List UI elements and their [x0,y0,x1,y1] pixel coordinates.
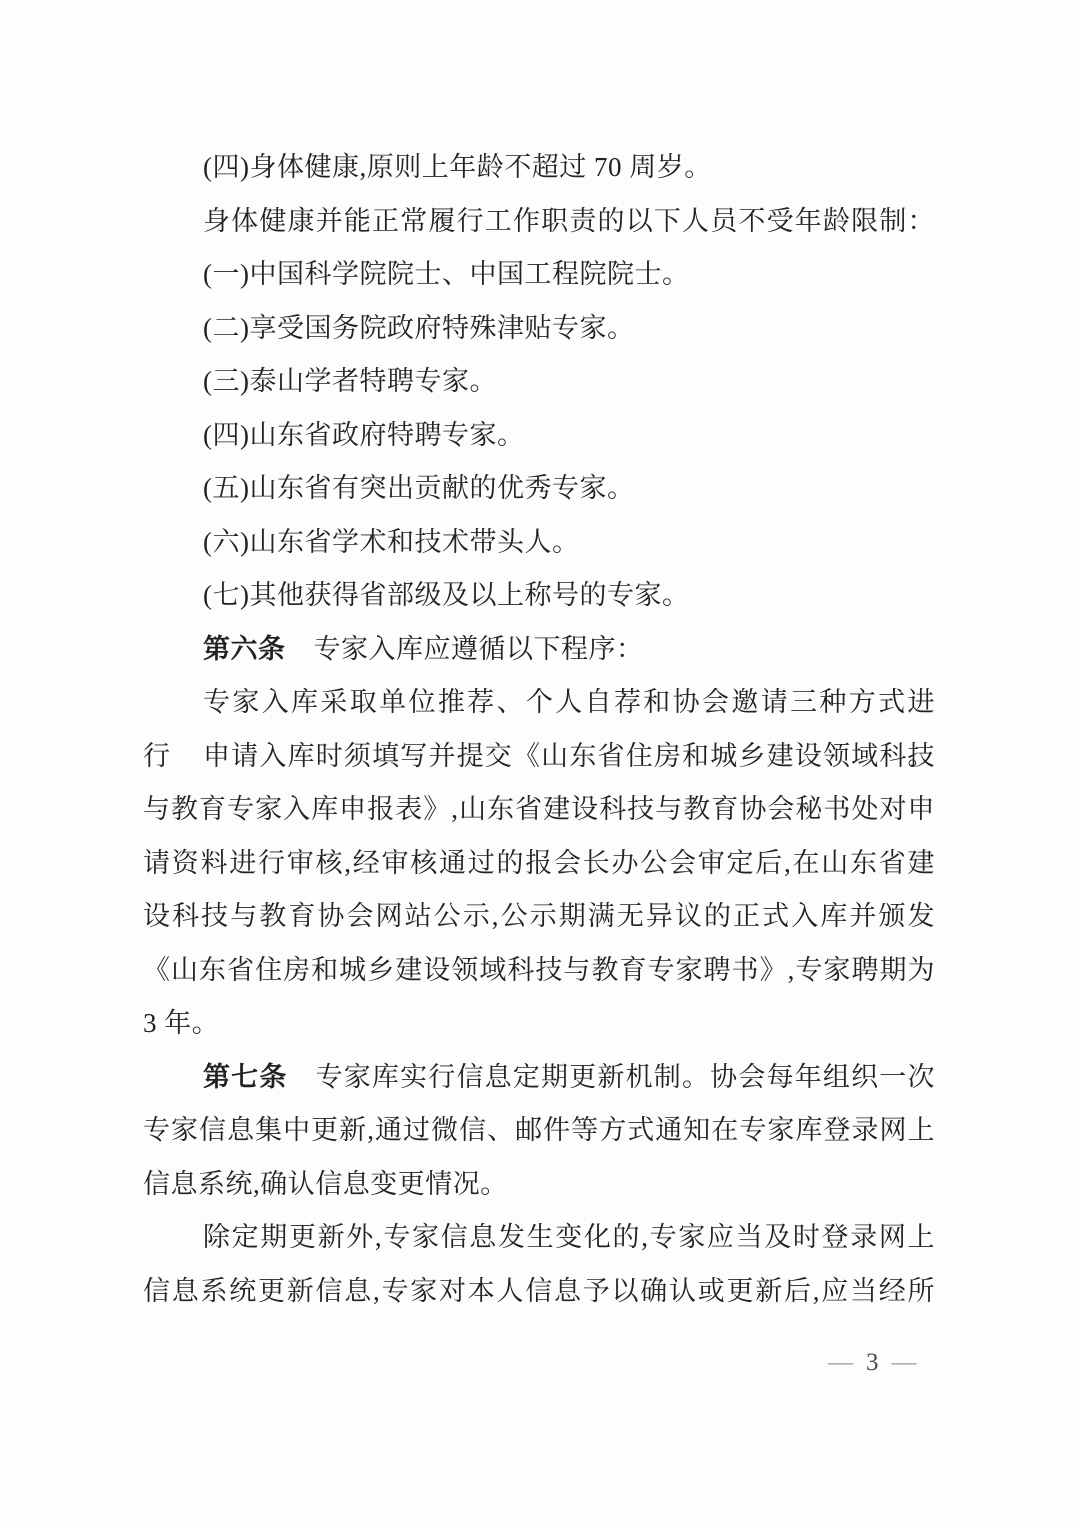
footer-dash-left: — [828,1341,853,1385]
line-text: (三)泰山学者特聘专家。 [203,366,497,396]
document-line-article-7: 第七条专家库实行信息定期更新机制。协会每年组织一次 [143,1051,935,1105]
line-text: (一)中国科学院院士、中国工程院院士。 [203,259,689,289]
line-text: 信息系统更新信息,专家对本人信息予以确认或更新后,应当经所 [143,1276,935,1306]
line-text: 申请入库时须填写并提交《山东省住房和城乡建设领域科技 [203,741,935,771]
line-text: (四)山东省政府特聘专家。 [203,420,524,450]
document-line: (二)享受国务院政府特殊津贴专家。 [143,302,935,356]
document-line: (七)其他获得省部级及以上称号的专家。 [143,569,935,623]
line-text: 《山东省住房和城乡建设领域科技与教育专家聘书》,专家聘期为 [143,955,935,985]
line-text: 除定期更新外,专家信息发生变化的,专家应当及时登录网上 [203,1222,935,1252]
line-text: (七)其他获得省部级及以上称号的专家。 [203,580,689,610]
line-text: 专家信息集中更新,通过微信、邮件等方式通知在专家库登录网上 [143,1115,935,1145]
document-line: 身体健康并能正常履行工作职责的以下人员不受年龄限制： [143,195,935,249]
line-text: 请资料进行审核,经审核通过的报会长办公会审定后,在山东省建 [143,848,935,878]
line-text: 与教育专家入库申报表》,山东省建设科技与教育协会秘书处对申 [143,794,935,824]
page-number: 3 [866,1341,879,1385]
line-text: 信息系统,确认信息变更情况。 [143,1169,508,1199]
line-text: (六)山东省学术和技术带头人。 [203,527,579,557]
document-line: 专家入库采取单位推荐、个人自荐和协会邀请三种方式进行。 [143,676,935,730]
line-text: 身体健康并能正常履行工作职责的以下人员不受年龄限制： [203,206,935,236]
line-text: (二)享受国务院政府特殊津贴专家。 [203,313,634,343]
article-number-label: 第六条 [203,634,286,664]
line-text: 专家入库应遵循以下程序： [314,634,644,664]
page-footer: — 3 — [828,1341,917,1385]
document-line: 《山东省住房和城乡建设领域科技与教育专家聘书》,专家聘期为 [143,944,935,998]
document-line: (五)山东省有突出贡献的优秀专家。 [143,462,935,516]
document-line: (六)山东省学术和技术带头人。 [143,516,935,570]
document-line: (四)身体健康,原则上年龄不超过 70 周岁。 [143,141,935,195]
document-line: 信息系统,确认信息变更情况。 [143,1158,935,1212]
footer-dash-right: — [892,1341,917,1385]
document-line: 除定期更新外,专家信息发生变化的,专家应当及时登录网上 [143,1211,935,1265]
scanned-document-page: (四)身体健康,原则上年龄不超过 70 周岁。 身体健康并能正常履行工作职责的以… [0,0,1080,1526]
line-text: (五)山东省有突出贡献的优秀专家。 [203,473,634,503]
document-line: (三)泰山学者特聘专家。 [143,355,935,409]
document-body: (四)身体健康,原则上年龄不超过 70 周岁。 身体健康并能正常履行工作职责的以… [143,141,935,1318]
document-line: 申请入库时须填写并提交《山东省住房和城乡建设领域科技 [143,730,935,784]
line-text: 设科技与教育协会网站公示,公示期满无异议的正式入库并颁发 [143,901,935,931]
document-line: 设科技与教育协会网站公示,公示期满无异议的正式入库并颁发 [143,890,935,944]
document-line: 信息系统更新信息,专家对本人信息予以确认或更新后,应当经所 [143,1265,935,1319]
document-line: (四)山东省政府特聘专家。 [143,409,935,463]
document-line: 3 年。 [143,997,935,1051]
document-line: 请资料进行审核,经审核通过的报会长办公会审定后,在山东省建 [143,837,935,891]
line-text: 专家库实行信息定期更新机制。协会每年组织一次 [316,1062,935,1092]
line-text: (四)身体健康,原则上年龄不超过 70 周岁。 [203,152,712,182]
document-line: (一)中国科学院院士、中国工程院院士。 [143,248,935,302]
document-line-article-6: 第六条专家入库应遵循以下程序： [143,623,935,677]
line-text: 3 年。 [143,1008,219,1038]
document-line: 专家信息集中更新,通过微信、邮件等方式通知在专家库登录网上 [143,1104,935,1158]
document-line: 与教育专家入库申报表》,山东省建设科技与教育协会秘书处对申 [143,783,935,837]
article-number-label: 第七条 [203,1062,288,1092]
